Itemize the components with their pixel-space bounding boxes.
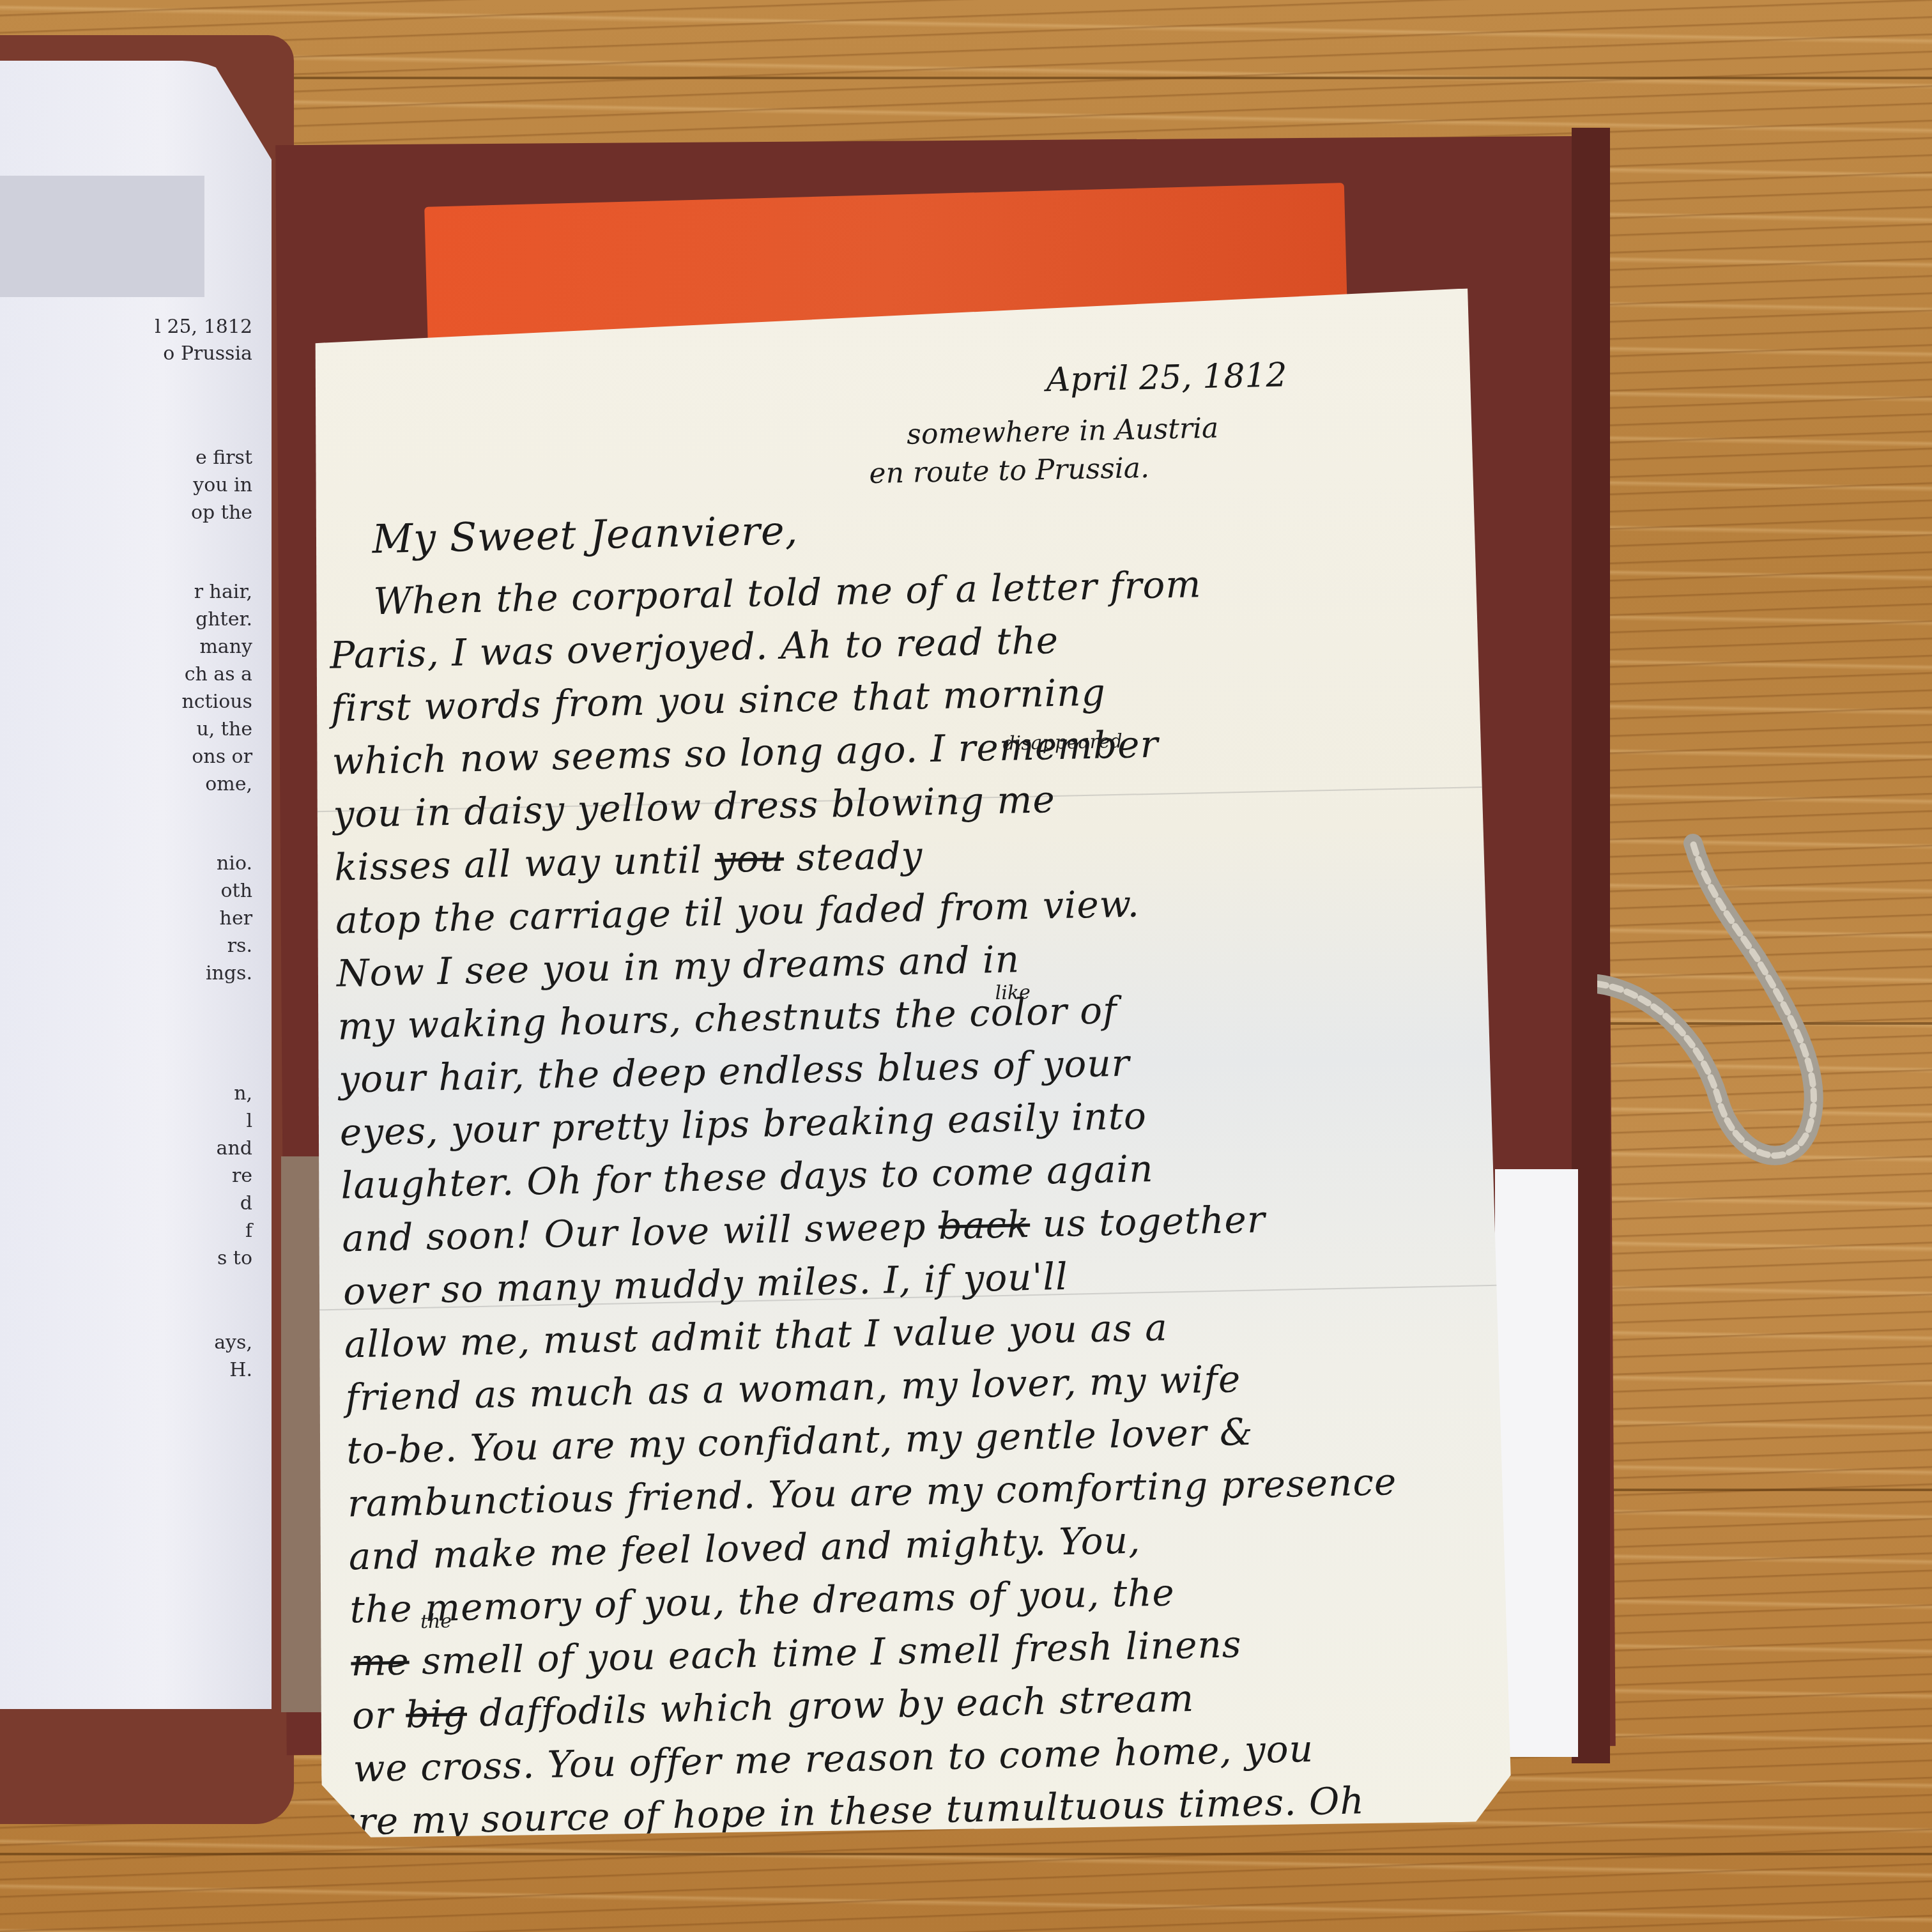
- book-text-line: many: [199, 633, 252, 661]
- crossed-out-word: back: [938, 1202, 1031, 1248]
- letter-date: April 25, 1812: [1046, 356, 1287, 399]
- book-text-line: oth: [221, 877, 252, 905]
- letter-line: rambunctious friend. You are my comforti…: [347, 1460, 1397, 1525]
- letter-line: we cross. You offer me reason to come ho…: [353, 1727, 1314, 1790]
- book-text-line: n,: [234, 1080, 252, 1107]
- letter-line: to-be. You are my confidant, my gentle l…: [346, 1410, 1253, 1473]
- letter-line: kisses all way until you steady: [334, 833, 923, 889]
- letter-line: first words from you since that morning: [330, 670, 1106, 730]
- plank-seam: [0, 1853, 1932, 1855]
- crossed-out-word: me: [351, 1640, 410, 1685]
- book-text-line: ays,: [214, 1329, 252, 1356]
- letter-location-line2: en route to Prussia.: [869, 452, 1150, 490]
- letter-line: friend as much as a woman, my lover, my …: [345, 1357, 1241, 1419]
- book-text-line: o Prussia: [163, 340, 252, 367]
- letter-line: laughter. Oh for these days to come agai…: [341, 1147, 1154, 1207]
- letter-line: atop the carriage til you faded from vie…: [335, 882, 1140, 942]
- letter-line: over so many muddy miles. I, if you'll: [342, 1255, 1068, 1314]
- letter-line: or big daffodils which grow by each stre…: [351, 1676, 1194, 1738]
- letter-location-line1: somewhere in Austria: [907, 412, 1219, 451]
- book-text-line: ings.: [206, 960, 252, 987]
- book-text-line: her: [220, 905, 252, 932]
- book-text-line: you in: [193, 471, 252, 499]
- book-text-line: nctious: [181, 688, 252, 716]
- book-text-line: re: [232, 1162, 252, 1190]
- insertion-the: the: [420, 1610, 452, 1633]
- book-text-line: nio.: [217, 850, 252, 877]
- letter-line: and make me feel loved and mighty. You,: [348, 1519, 1141, 1579]
- letter-line: and soon! Our love will sweep back us to…: [342, 1197, 1266, 1260]
- twine-icon: [1597, 831, 1866, 1188]
- book-text-line: f: [245, 1217, 252, 1245]
- crossed-out-word: big: [405, 1692, 467, 1736]
- book-text-line: ch as a: [185, 661, 252, 688]
- letter-line: When the corporal told me of a letter fr…: [373, 562, 1202, 623]
- book-text-line: e first: [195, 444, 252, 471]
- book-text-line: ons or: [192, 743, 252, 770]
- insertion-like: like: [995, 981, 1031, 1004]
- book-text-line: H.: [229, 1356, 252, 1384]
- letter-line: eyes, your pretty lips breaking easily i…: [339, 1094, 1147, 1154]
- book-text-line: ome,: [205, 770, 252, 798]
- crossed-out-word: you: [714, 836, 784, 881]
- book-text-line: and: [217, 1135, 252, 1162]
- letter-line: you in daisy yellow dress blowing me: [333, 778, 1056, 836]
- letter-line: Now I see you in my dreams and in: [336, 937, 1020, 995]
- book-text-line: u, the: [196, 716, 252, 743]
- letter-line: Paris, I was overjoyed. Ah to read the: [330, 618, 1059, 677]
- letter-salutation: My Sweet Jeanviere,: [372, 507, 799, 562]
- book-text-line: ghter.: [195, 606, 252, 633]
- handwritten-letter: April 25, 1812 somewhere in Austria en r…: [291, 288, 1524, 1846]
- book-text-line: d: [240, 1190, 252, 1217]
- insertion-disappeared: disappeared: [1002, 730, 1123, 755]
- book-text-line: r hair,: [194, 578, 252, 606]
- book-text-line: op the: [191, 499, 252, 526]
- letter-line: your hair, the deep endless blues of you…: [339, 1041, 1131, 1101]
- letter-line: the memory of you, the dreams of you, th…: [349, 1570, 1176, 1631]
- book-text-line: rs.: [227, 932, 252, 960]
- book-text-line: l: [246, 1107, 252, 1135]
- letter-line: allow me, must admit that I value you as…: [344, 1306, 1168, 1367]
- book-text-line: s to: [217, 1245, 252, 1272]
- envelope-edge-left: [281, 1156, 326, 1712]
- book-text-line: l 25, 1812: [155, 313, 252, 341]
- letter-line: me smell of you each time I smell fresh …: [351, 1622, 1243, 1684]
- book-image-placeholder: [0, 176, 204, 297]
- book-page: l 25, 1812o Prussiae firstyou inop ther …: [0, 61, 272, 1709]
